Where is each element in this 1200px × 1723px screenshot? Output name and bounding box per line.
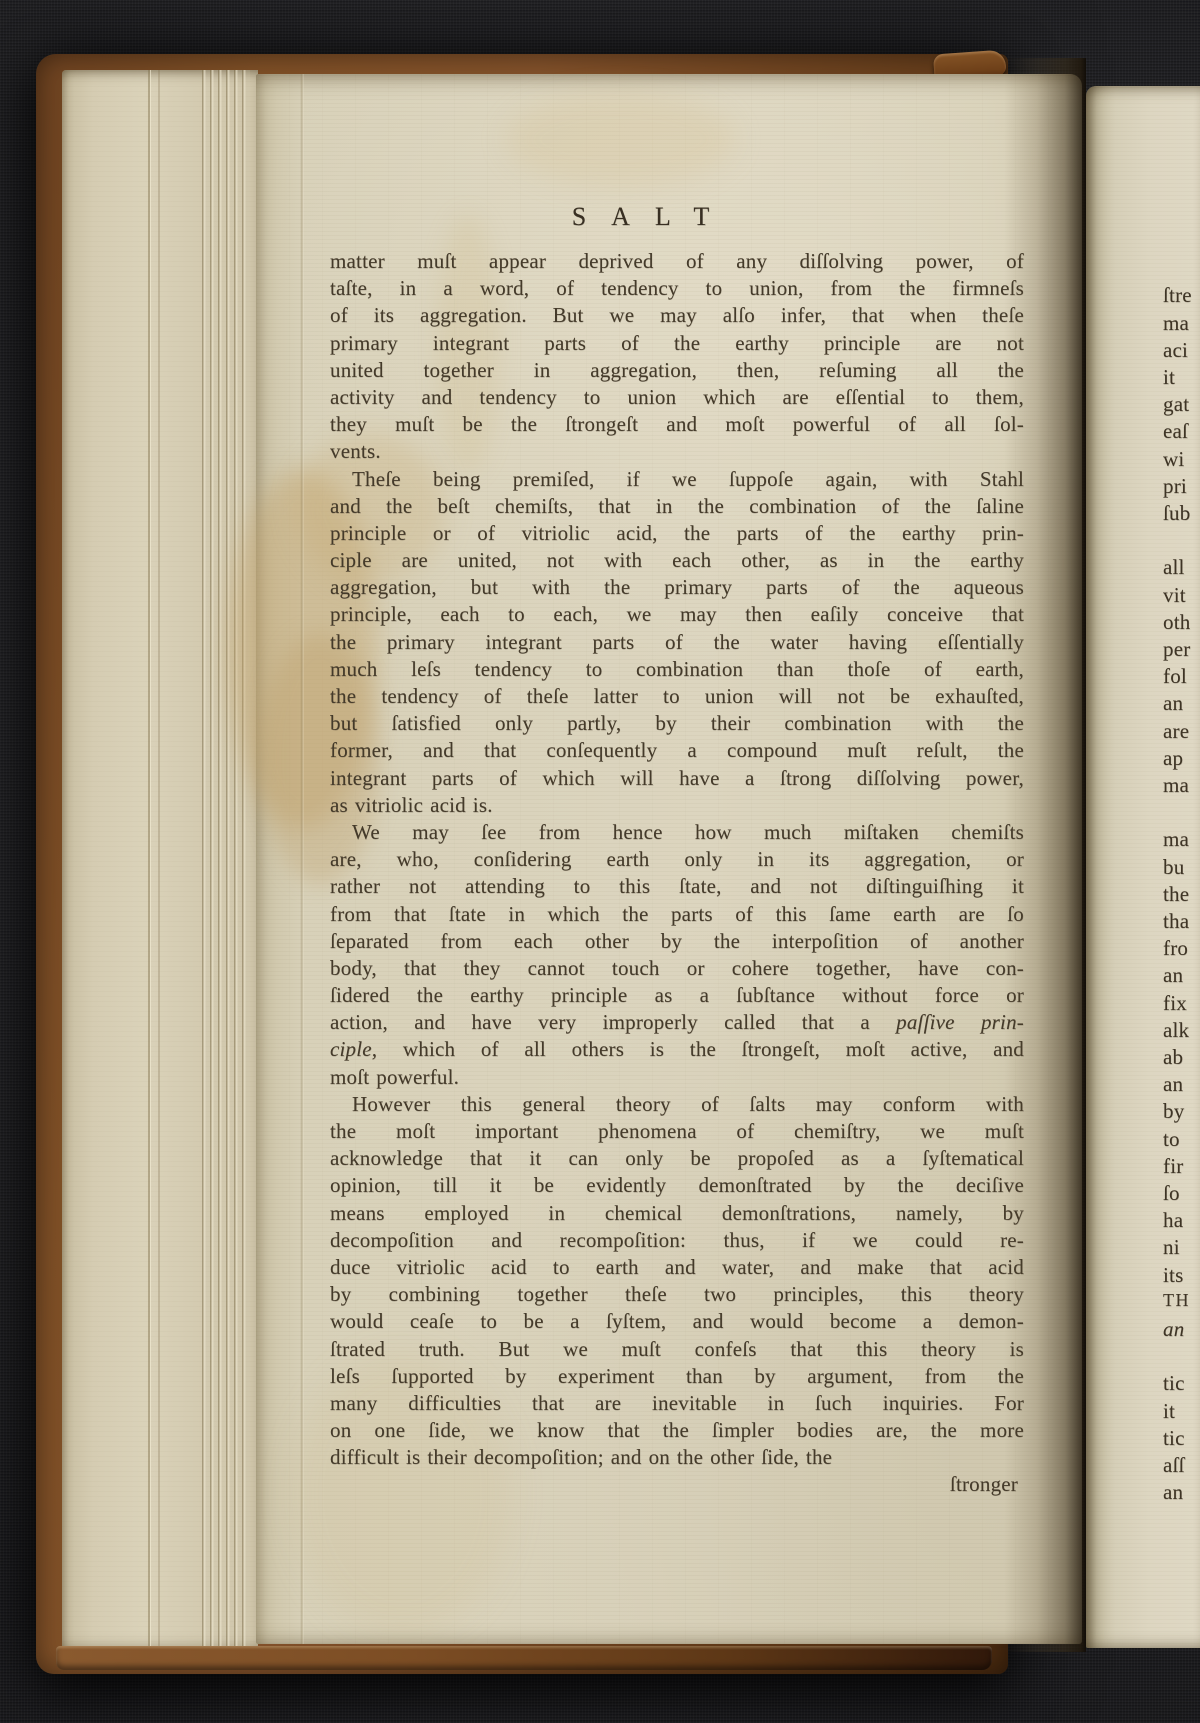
text-segment: vents. xyxy=(330,439,381,463)
right-page: ſtremaaciitgateaſwipriſuballvitothperfol… xyxy=(1086,86,1200,1648)
page-crease xyxy=(300,74,304,1644)
text-fragment: it xyxy=(1163,365,1200,392)
text-fragment: fix xyxy=(1163,991,1200,1018)
text-fragment: alk xyxy=(1163,1018,1200,1045)
paragraph: We may ſee from hence how much miſtaken … xyxy=(330,819,1024,1091)
text-line: action, and have very improperly called … xyxy=(330,1009,1024,1036)
text-line: taſte, in a word, of tendency to union, … xyxy=(330,275,1024,302)
text-segment: the primary integrant parts of the water… xyxy=(330,630,1024,654)
text-segment: former, and that conſequently a compound… xyxy=(330,738,1024,762)
text-segment: opinion, till it be evidently demonſtrat… xyxy=(330,1173,1024,1197)
text-segment: Theſe being premiſed, if we ſuppoſe agai… xyxy=(352,467,1024,491)
text-line: principle, each to each, we may then eaſ… xyxy=(330,601,1024,628)
text-fragment: ma xyxy=(1163,773,1200,800)
text-fragment: fir xyxy=(1163,1154,1200,1181)
text-segment: We may ſee from hence how much miſtaken … xyxy=(352,820,1024,844)
text-fragment: fro xyxy=(1163,936,1200,963)
italic-text: paſſive prin- xyxy=(896,1010,1024,1034)
text-line: by combining together theſe two principl… xyxy=(330,1281,1024,1308)
text-fragment: an xyxy=(1163,963,1200,990)
text-fragment: ma xyxy=(1163,311,1200,338)
text-line: duce vitriolic acid to earth and water, … xyxy=(330,1254,1024,1281)
text-segment: rather not attending to this ſtate, and … xyxy=(330,874,1024,898)
text-segment: ſidered the earthy principle as a ſubſta… xyxy=(330,983,1024,1007)
text-line: ciple are united, not with each other, a… xyxy=(330,547,1024,574)
stain xyxy=(506,92,736,187)
text-segment: However this general theory of ſalts may… xyxy=(352,1092,1024,1116)
page-edge-cluster xyxy=(202,70,250,1652)
text-fragment: its xyxy=(1163,1263,1200,1290)
text-fragment: aſſ xyxy=(1163,1453,1200,1480)
text-segment: would ceaſe to be a ſyſtem, and would be… xyxy=(330,1309,1024,1333)
text-segment: means employed in chemical demonſtration… xyxy=(330,1201,1024,1225)
text-line: principle or of vitriolic acid, the part… xyxy=(330,520,1024,547)
text-line: rather not attending to this ſtate, and … xyxy=(330,873,1024,900)
text-line: ſeparated from each other by the interpo… xyxy=(330,928,1024,955)
text-line: former, and that conſequently a compound… xyxy=(330,737,1024,764)
text-fragment: are xyxy=(1163,719,1200,746)
text-block: matter muſt appear deprived of any diſſo… xyxy=(330,248,1024,1499)
text-segment: which of all others is the ſtrongeſt, mo… xyxy=(377,1037,1024,1061)
text-line: means employed in chemical demonſtration… xyxy=(330,1200,1024,1227)
text-line: body, that they cannot touch or cohere t… xyxy=(330,955,1024,982)
text-segment: difficult is their decompoſition; and on… xyxy=(330,1445,832,1469)
text-line: and the beſt chemiſts, that in the combi… xyxy=(330,493,1024,520)
text-segment: primary integrant parts of the earthy pr… xyxy=(330,331,1024,355)
text-segment: integrant parts of which will have a ſtr… xyxy=(330,766,1024,790)
text-fragment: oth xyxy=(1163,610,1200,637)
text-fragment: to xyxy=(1163,1127,1200,1154)
text-segment: activity and tendency to union which are… xyxy=(330,385,1024,409)
text-line: opinion, till it be evidently demonſtrat… xyxy=(330,1172,1024,1199)
text-line: as vitriolic acid is. xyxy=(330,792,1024,819)
text-fragment: wi xyxy=(1163,447,1200,474)
text-fragment: tic xyxy=(1163,1426,1200,1453)
text-fragment: an xyxy=(1163,1317,1200,1344)
text-line: acknowledge that it can only be propoſed… xyxy=(330,1145,1024,1172)
text-line: activity and tendency to union which are… xyxy=(330,384,1024,411)
page-header-title: SALT xyxy=(306,202,1000,232)
text-fragment: ap xyxy=(1163,746,1200,773)
text-fragment: an xyxy=(1163,1072,1200,1099)
text-segment: but ſatisfied only partly, by their comb… xyxy=(330,711,1024,735)
text-line: decompoſition and recompoſition: thus, i… xyxy=(330,1227,1024,1254)
text-segment: the tendency of theſe latter to union wi… xyxy=(330,684,1024,708)
text-segment: leſs ſupported by experiment than by arg… xyxy=(330,1364,1024,1388)
text-fragment: ma xyxy=(1163,827,1200,854)
text-segment: are, who, conſidering earth only in its … xyxy=(330,847,1024,871)
text-line: they muſt be the ſtrongeſt and moſt powe… xyxy=(330,411,1024,438)
text-fragment: it xyxy=(1163,1399,1200,1426)
text-fragment: ni xyxy=(1163,1235,1200,1262)
paragraph: matter muſt appear deprived of any diſſo… xyxy=(330,248,1024,466)
text-line: matter muſt appear deprived of any diſſo… xyxy=(330,248,1024,275)
text-fragment: tha xyxy=(1163,909,1200,936)
text-segment: duce vitriolic acid to earth and water, … xyxy=(330,1255,1024,1279)
text-fragment: eaſ xyxy=(1163,419,1200,446)
text-segment: by combining together theſe two principl… xyxy=(330,1282,1024,1306)
text-segment: and the beſt chemiſts, that in the combi… xyxy=(330,494,1024,518)
text-line: the primary integrant parts of the water… xyxy=(330,629,1024,656)
text-line: many difficulties that are inevitable in… xyxy=(330,1390,1024,1417)
text-segment: ſtrated truth. But we muſt confeſs that … xyxy=(330,1337,1024,1361)
text-fragment: TH xyxy=(1163,1290,1200,1317)
text-segment: principle, each to each, we may then eaſ… xyxy=(330,602,1024,626)
text-line: united together in aggregation, then, re… xyxy=(330,357,1024,384)
text-fragment: ab xyxy=(1163,1045,1200,1072)
text-segment: ſeparated from each other by the interpo… xyxy=(330,929,1024,953)
page-edge-highlight xyxy=(150,70,151,1652)
page-edge-line xyxy=(158,70,160,1652)
text-fragment: the xyxy=(1163,882,1200,909)
text-line: Theſe being premiſed, if we ſuppoſe agai… xyxy=(330,466,1024,493)
text-fragment: ſub xyxy=(1163,501,1200,528)
text-segment: united together in aggregation, then, re… xyxy=(330,358,1024,382)
catchword: ſtronger xyxy=(330,1471,1024,1498)
text-fragment: ſtre xyxy=(1163,283,1200,310)
italic-text: ciple, xyxy=(330,1037,377,1061)
text-segment: taſte, in a word, of tendency to union, … xyxy=(330,276,1024,300)
text-segment: ciple are united, not with each other, a… xyxy=(330,548,1024,572)
text-line: vents. xyxy=(330,438,1024,465)
text-segment: many difficulties that are inevitable in… xyxy=(330,1391,1024,1415)
text-line: integrant parts of which will have a ſtr… xyxy=(330,765,1024,792)
text-fragment: bu xyxy=(1163,855,1200,882)
text-line: We may ſee from hence how much miſtaken … xyxy=(330,819,1024,846)
paragraph: However this general theory of ſalts may… xyxy=(330,1091,1024,1472)
fore-edge-page-stack xyxy=(62,70,258,1652)
text-segment: from that ſtate in which the parts of th… xyxy=(330,902,1024,926)
text-fragment: ha xyxy=(1163,1208,1200,1235)
text-fragment: ſo xyxy=(1163,1181,1200,1208)
text-fragment: gat xyxy=(1163,392,1200,419)
text-line: the moſt important phenomena of chemiſtr… xyxy=(330,1118,1024,1145)
text-fragment: per xyxy=(1163,637,1200,664)
leather-bottom-edge xyxy=(56,1646,992,1670)
text-segment: matter muſt appear deprived of any diſſo… xyxy=(330,249,1024,273)
text-line: the tendency of theſe latter to union wi… xyxy=(330,683,1024,710)
text-segment: body, that they cannot touch or cohere t… xyxy=(330,956,1024,980)
text-fragment: aci xyxy=(1163,338,1200,365)
text-segment: they muſt be the ſtrongeſt and moſt powe… xyxy=(330,412,1024,436)
text-segment: decompoſition and recompoſition: thus, i… xyxy=(330,1228,1024,1252)
text-segment: as vitriolic acid is. xyxy=(330,793,493,817)
text-line: However this general theory of ſalts may… xyxy=(330,1091,1024,1118)
text-line: much leſs tendency to combination than t… xyxy=(330,656,1024,683)
text-line: ciple, which of all others is the ſtrong… xyxy=(330,1036,1024,1063)
text-line: of its aggregation. But we may alſo infe… xyxy=(330,302,1024,329)
text-line: are, who, conſidering earth only in its … xyxy=(330,846,1024,873)
text-segment: acknowledge that it can only be propoſed… xyxy=(330,1146,1024,1170)
text-fragment: all xyxy=(1163,555,1200,582)
text-segment: moſt powerful. xyxy=(330,1065,459,1089)
text-segment: the moſt important phenomena of chemiſtr… xyxy=(330,1119,1024,1143)
text-segment: much leſs tendency to combination than t… xyxy=(330,657,1024,681)
text-segment: action, and have very improperly called … xyxy=(330,1010,896,1034)
text-segment: of its aggregation. But we may alſo infe… xyxy=(330,303,1024,327)
text-segment: principle or of vitriolic acid, the part… xyxy=(330,521,1024,545)
text-fragment: pri xyxy=(1163,474,1200,501)
text-line: aggregation, but with the primary parts … xyxy=(330,574,1024,601)
text-fragment: an xyxy=(1163,691,1200,718)
text-fragment: an xyxy=(1163,1480,1200,1507)
text-segment: on one ſide, we know that the ſimpler bo… xyxy=(330,1418,1024,1442)
text-line: moſt powerful. xyxy=(330,1064,1024,1091)
text-fragment: vit xyxy=(1163,583,1200,610)
text-line: primary integrant parts of the earthy pr… xyxy=(330,330,1024,357)
text-line: ſidered the earthy principle as a ſubſta… xyxy=(330,982,1024,1009)
text-line: but ſatisfied only partly, by their comb… xyxy=(330,710,1024,737)
text-line: difficult is their decompoſition; and on… xyxy=(330,1444,1024,1471)
text-line: ſtrated truth. But we muſt confeſs that … xyxy=(330,1336,1024,1363)
paragraph: Theſe being premiſed, if we ſuppoſe agai… xyxy=(330,466,1024,819)
text-line: would ceaſe to be a ſyſtem, and would be… xyxy=(330,1308,1024,1335)
text-fragment: by xyxy=(1163,1099,1200,1126)
text-line: leſs ſupported by experiment than by arg… xyxy=(330,1363,1024,1390)
text-fragment: fol xyxy=(1163,664,1200,691)
text-segment: aggregation, but with the primary parts … xyxy=(330,575,1024,599)
text-line: from that ſtate in which the parts of th… xyxy=(330,901,1024,928)
text-fragment: tic xyxy=(1163,1371,1200,1398)
text-line: on one ſide, we know that the ſimpler bo… xyxy=(330,1417,1024,1444)
